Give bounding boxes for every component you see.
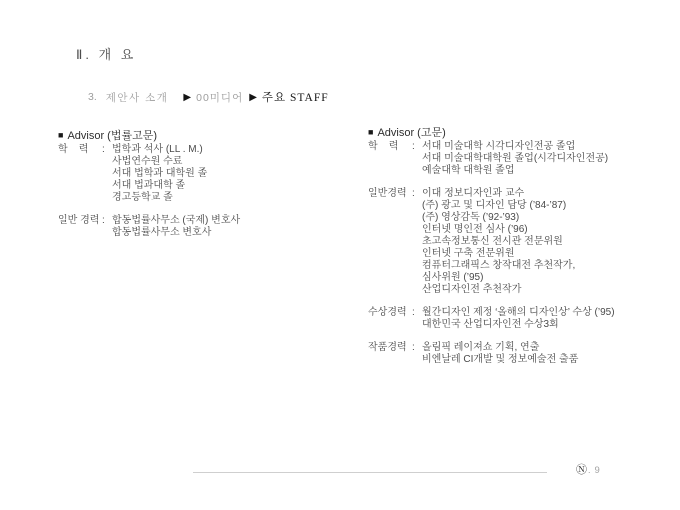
career-section: 일반 경력 : 합동법률사무소 (국제) 변호사 합동법률사무소 변호사: [58, 215, 358, 239]
section-lines: 서대 미술대학 시각디자인전공 졸업 서대 미술대학대학원 졸업(시각디자인전공…: [422, 141, 676, 177]
section-label: 수상경력: [368, 307, 412, 331]
breadcrumb-topic: 주요 STAFF: [262, 89, 329, 105]
detail-line: (주) 영상감독 (’92-’93): [422, 212, 676, 224]
advisor-general-column: ■Advisor (고문) 학 력 : 서대 미술대학 시각디자인전공 졸업 서…: [368, 127, 676, 366]
section-lines: 이대 정보디자인과 교수 (주) 광고 및 디자인 담당 (’84-’87) (…: [422, 188, 676, 296]
square-bullet-icon: ■: [368, 127, 373, 137]
detail-line: 서대 법학과 대학원 졸: [112, 168, 358, 180]
circled-n-logo-icon: Ⓝ: [576, 464, 587, 476]
detail-line: 합동법률사무소 (국제) 변호사: [112, 215, 358, 227]
slide-page: Ⅱ. 개 요 3. 제안사 소개 ▶ 00미디어 ▶ 주요 STAFF ■Adv…: [0, 0, 680, 510]
detail-line: 서대 법과대학 졸: [112, 180, 358, 192]
section-label: 학 력: [58, 144, 102, 204]
colon-separator: :: [412, 342, 422, 366]
detail-line: 예술대학 대학원 졸업: [422, 165, 676, 177]
advisor-header-label: Advisor (법률고문): [67, 130, 157, 142]
square-bullet-icon: ■: [58, 130, 63, 140]
detail-line: 경고등학교 졸: [112, 192, 358, 204]
detail-line: 인터넷 구축 전문위원: [422, 248, 676, 260]
awards-section: 수상경력 : 월간디자인 제정 ‘올해의 디자인상’ 수상 (’95) 대한민국…: [368, 307, 676, 331]
arrow-right-icon: ▶: [183, 92, 191, 103]
detail-line: 이대 정보디자인과 교수: [422, 188, 676, 200]
detail-line: 월간디자인 제정 ‘올해의 디자인상’ 수상 (’95): [422, 307, 676, 319]
section-lines: 월간디자인 제정 ‘올해의 디자인상’ 수상 (’95) 대한민국 산업디자인전…: [422, 307, 676, 331]
detail-line: 대한민국 산업디자인전 수상3회: [422, 319, 676, 331]
colon-separator: :: [102, 215, 112, 239]
detail-line: 서대 미술대학 시각디자인전공 졸업: [422, 141, 676, 153]
breadcrumb-company: 00미디어: [196, 90, 243, 105]
advisor-legal-header: ■Advisor (법률고문): [58, 130, 358, 143]
colon-separator: :: [412, 141, 422, 177]
footer-divider: [193, 472, 547, 473]
colon-separator: :: [412, 307, 422, 331]
arrow-right-icon: ▶: [249, 92, 257, 103]
education-section: 학 력 : 법학과 석사 (LL . M.) 사법연수원 수료 서대 법학과 대…: [58, 144, 358, 204]
page-title: Ⅱ. 개 요: [76, 44, 136, 63]
advisor-header-label: Advisor (고문): [377, 127, 445, 139]
detail-line: 비엔날레 CI개발 및 정보예술전 출품: [422, 354, 676, 366]
section-label: 학 력: [368, 141, 412, 177]
detail-line: 올림픽 레이져쇼 기획, 연출: [422, 342, 676, 354]
detail-line: 서대 미술대학대학원 졸업(시각디자인전공): [422, 153, 676, 165]
colon-separator: :: [412, 188, 422, 296]
detail-line: (주) 광고 및 디자인 담당 (’84-’87): [422, 200, 676, 212]
detail-line: 법학과 석사 (LL . M.): [112, 144, 358, 156]
section-label: 작품경력: [368, 342, 412, 366]
section-lines: 올림픽 레이져쇼 기획, 연출 비엔날레 CI개발 및 정보예술전 출품: [422, 342, 676, 366]
footer-dot: .: [588, 465, 591, 475]
breadcrumb: 3. 제안사 소개 ▶ 00미디어 ▶ 주요 STAFF: [88, 89, 329, 105]
section-lines: 합동법률사무소 (국제) 변호사 합동법률사무소 변호사: [112, 215, 358, 239]
detail-line: 심사위원 (’95): [422, 272, 676, 284]
detail-line: 초고속정보통신 전시관 전문위원: [422, 236, 676, 248]
page-number: 9: [595, 465, 600, 476]
breadcrumb-number: 3.: [88, 91, 97, 103]
colon-separator: :: [102, 144, 112, 204]
section-label: 일반 경력: [58, 215, 102, 239]
detail-line: 사법연수원 수료: [112, 156, 358, 168]
section-lines: 법학과 석사 (LL . M.) 사법연수원 수료 서대 법학과 대학원 졸 서…: [112, 144, 358, 204]
detail-line: 인터넷 명인전 심사 (’96): [422, 224, 676, 236]
detail-line: 합동법률사무소 변호사: [112, 227, 358, 239]
works-section: 작품경력 : 올림픽 레이져쇼 기획, 연출 비엔날레 CI개발 및 정보예술전…: [368, 342, 676, 366]
career-section: 일반경력 : 이대 정보디자인과 교수 (주) 광고 및 디자인 담당 (’84…: [368, 188, 676, 296]
detail-line: 산업디자인전 추천작가: [422, 284, 676, 296]
footer-brand: Ⓝ . 9: [576, 464, 600, 476]
detail-line: 컴퓨터그래픽스 창작대전 추천작가,: [422, 260, 676, 272]
advisor-general-header: ■Advisor (고문): [368, 127, 676, 140]
breadcrumb-item: 제안사 소개: [106, 90, 169, 105]
advisor-legal-column: ■Advisor (법률고문) 학 력 : 법학과 석사 (LL . M.) 사…: [58, 130, 358, 239]
education-section: 학 력 : 서대 미술대학 시각디자인전공 졸업 서대 미술대학대학원 졸업(시…: [368, 141, 676, 177]
section-label: 일반경력: [368, 188, 412, 296]
